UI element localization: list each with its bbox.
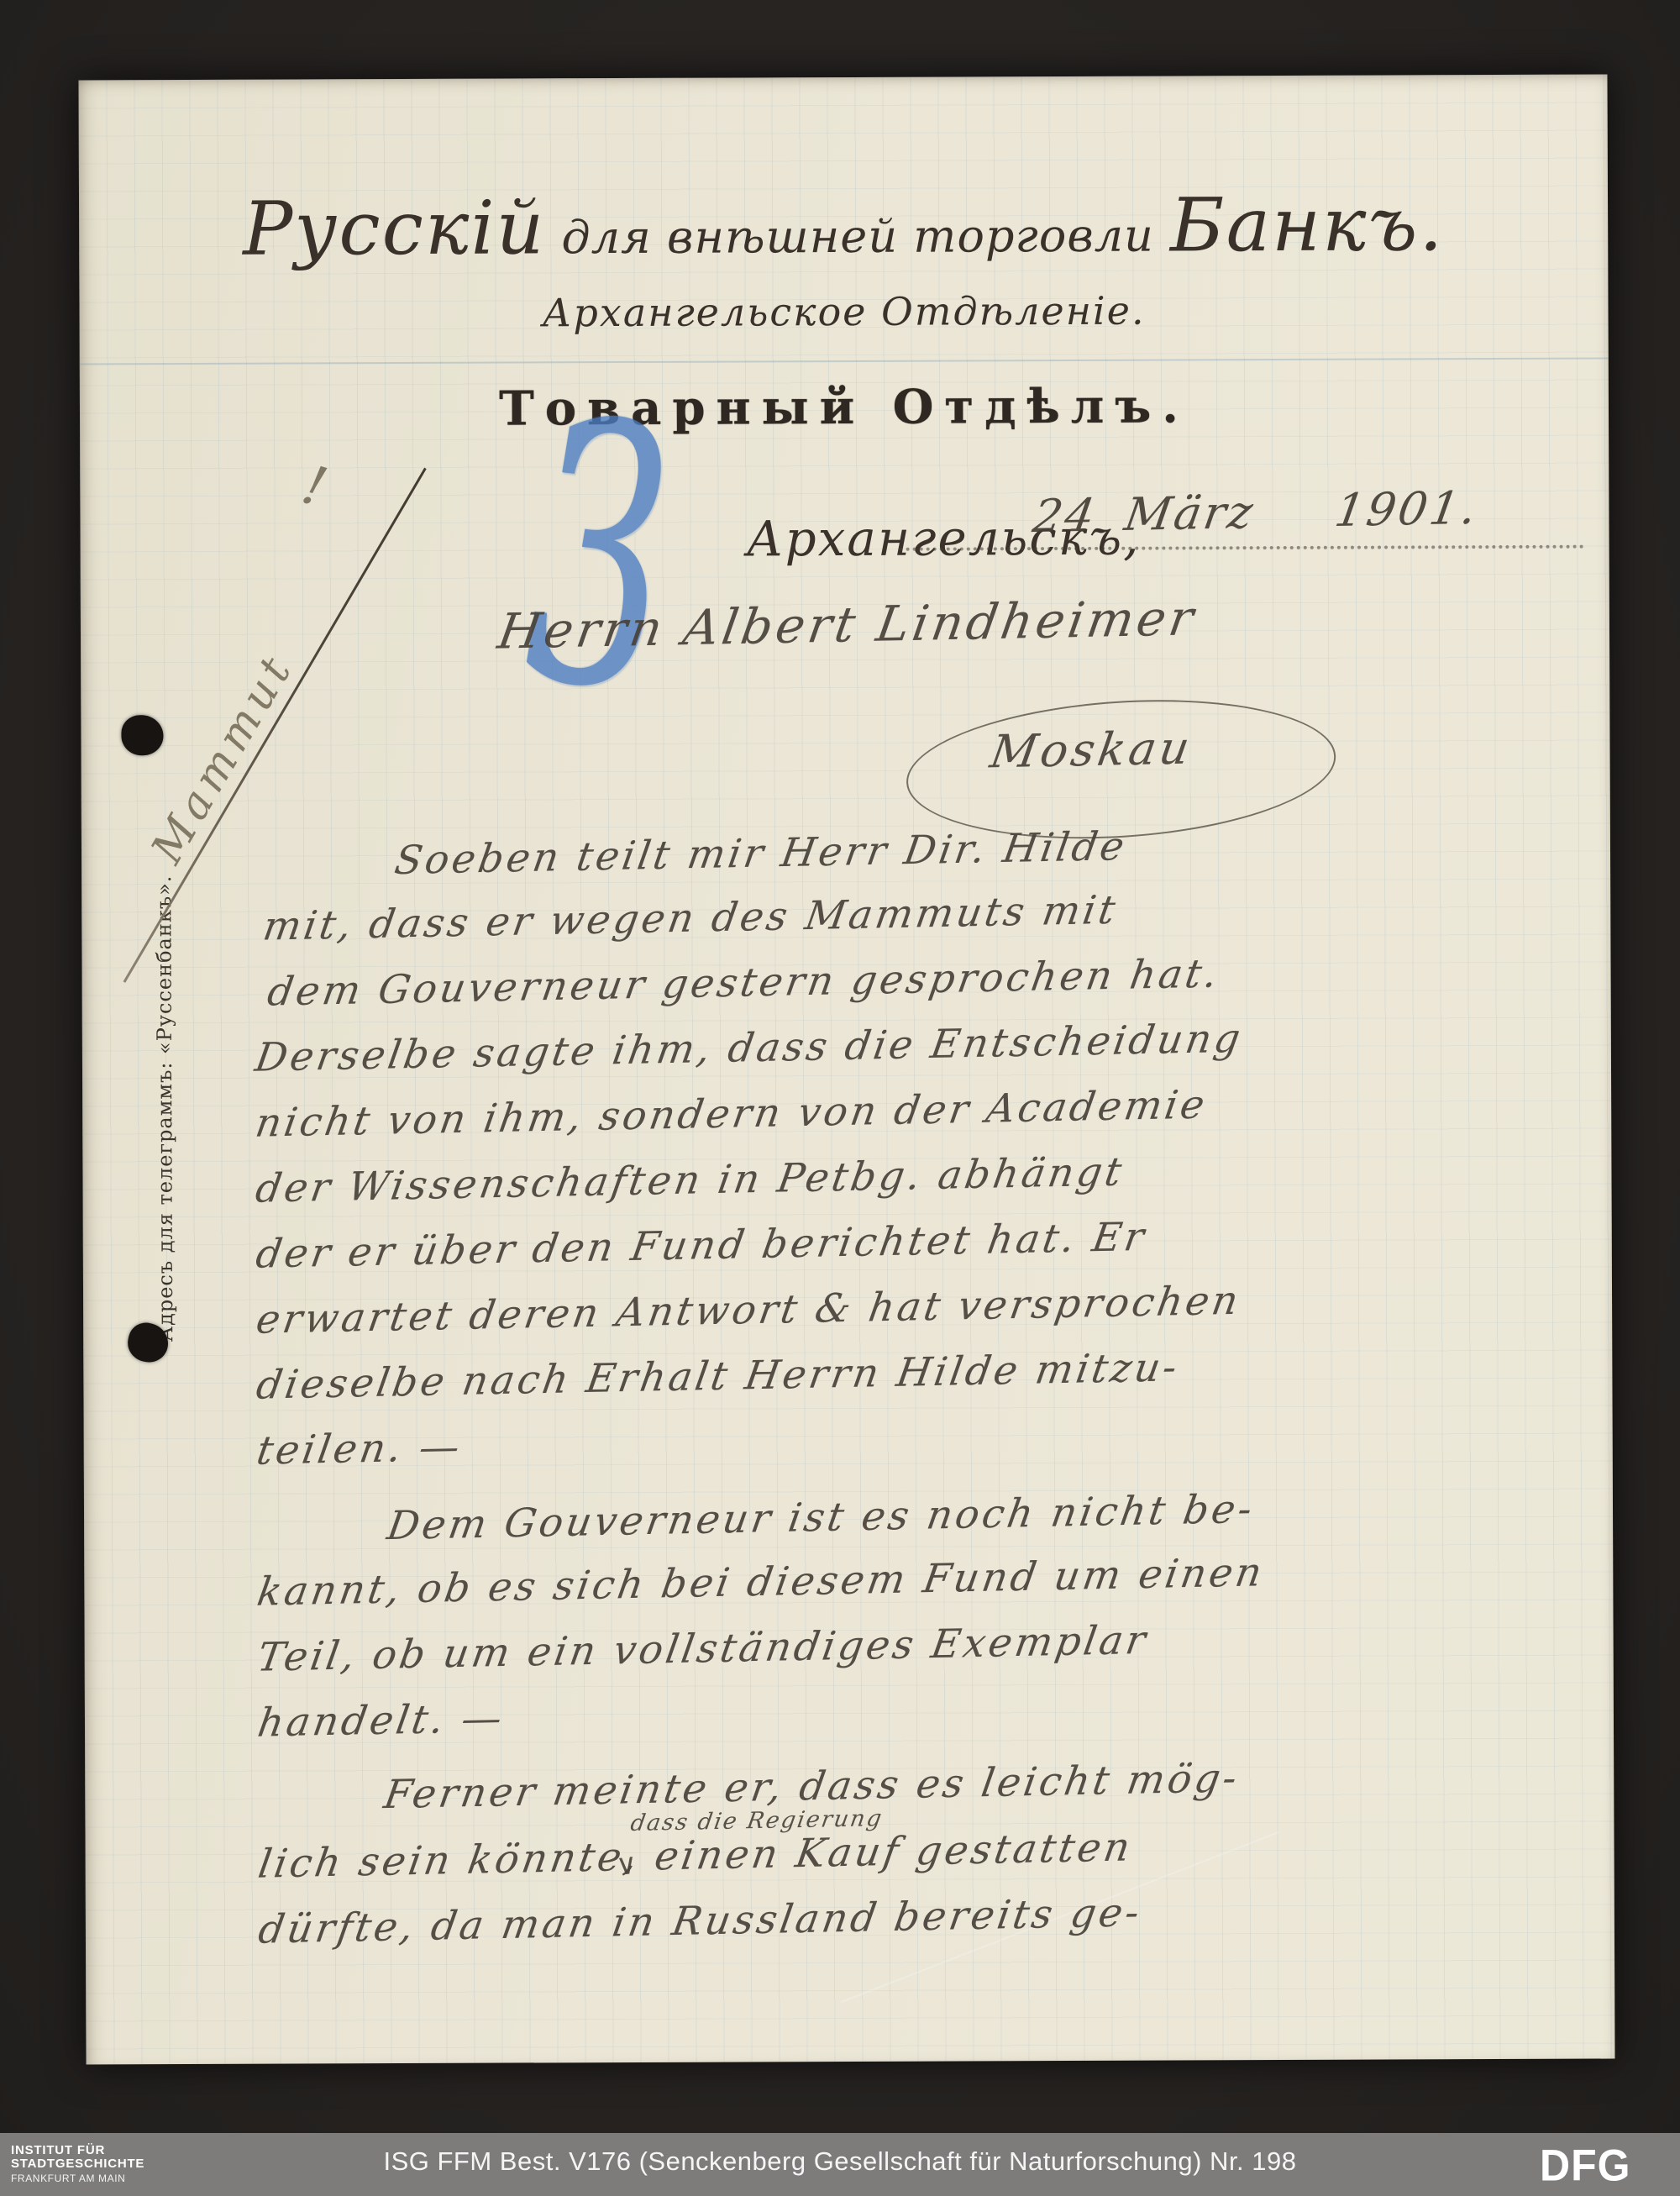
letter-line: Derselbe sagte ihm, dass die Entscheidun…: [252, 1016, 1246, 1081]
letter-line: mit, dass er wegen des Mammuts mit: [260, 887, 1121, 950]
letter-line: Soeben teilt mir Herr Dir. Hilde: [391, 823, 1130, 884]
dateline-handwritten: 24 März 1901.: [1030, 481, 1483, 543]
letter-line: nicht von ihm, sondern von der Academie: [252, 1082, 1210, 1147]
dfg-logo: DFG: [1540, 2140, 1631, 2191]
letter-line: dem Gouverneur gestern gesprochen hat.: [265, 951, 1224, 1016]
letter-line: der Wissenschaften in Petbg. abhängt: [253, 1149, 1128, 1212]
insertion-caret: ∨: [614, 1847, 638, 1883]
letter-line: dürfte, da man in Russland bereits ge-: [255, 1889, 1145, 1953]
letterhead-branch: Архангельское Отдѣленіе.: [79, 286, 1608, 338]
archive-footer-bar: INSTITUT FÜR STADTGESCHICHTE FRANKFURT A…: [0, 2133, 1680, 2196]
letter-line: dieselbe nach Erhalt Herrn Hilde mitzu-: [254, 1344, 1184, 1408]
bank-name-part2: для внѣшней торговли: [561, 209, 1154, 265]
telegram-address-vertical: Адресъ для телеграммъ: «Руссенбанкъ».: [152, 917, 182, 1342]
diagonal-annotation-text: Mammut: [142, 644, 304, 872]
interlinear-insertion: dass die Regierung: [629, 1805, 885, 1836]
letter-line: der er über den Fund berichtet hat. Er: [253, 1214, 1150, 1278]
diagonal-annotation-exclamation: !: [296, 454, 333, 519]
bank-name-part3: Банкъ.: [1170, 181, 1445, 268]
letter-line: erwartet deren Antwort & hat versprochen: [253, 1278, 1244, 1343]
letterhead-rule: [80, 358, 1609, 365]
letter-line: Dem Gouverneur ist es noch nicht be-: [384, 1486, 1257, 1549]
letter-page: Русскій для внѣшней торговли Банкъ. Арха…: [78, 75, 1614, 2065]
date-year: 1901.: [1331, 481, 1483, 537]
letterhead-bank-name: Русскій для внѣшней торговли Банкъ.: [79, 181, 1608, 273]
punch-hole-top: [121, 715, 163, 755]
date-day: 24: [1030, 489, 1101, 543]
recipient-city: Moskau: [987, 722, 1197, 779]
letter-line: kannt, ob es sich bei diesem Fund um ein…: [254, 1549, 1268, 1615]
date-month: März: [1121, 486, 1259, 541]
letter-line: handelt. —: [255, 1695, 508, 1747]
letterhead-department: Товарный Отдѣлъ.: [80, 377, 1609, 439]
bank-name-part1: Русскій: [243, 184, 546, 271]
letter-line: teilen. —: [254, 1424, 465, 1474]
scan-backdrop: Русскій для внѣшней торговли Банкъ. Арха…: [0, 0, 1680, 2196]
letter-line: Teil, ob um ein vollständiges Exemplar: [255, 1617, 1152, 1681]
archive-reference: ISG FFM Best. V176 (Senckenberg Gesellsc…: [0, 2146, 1680, 2177]
